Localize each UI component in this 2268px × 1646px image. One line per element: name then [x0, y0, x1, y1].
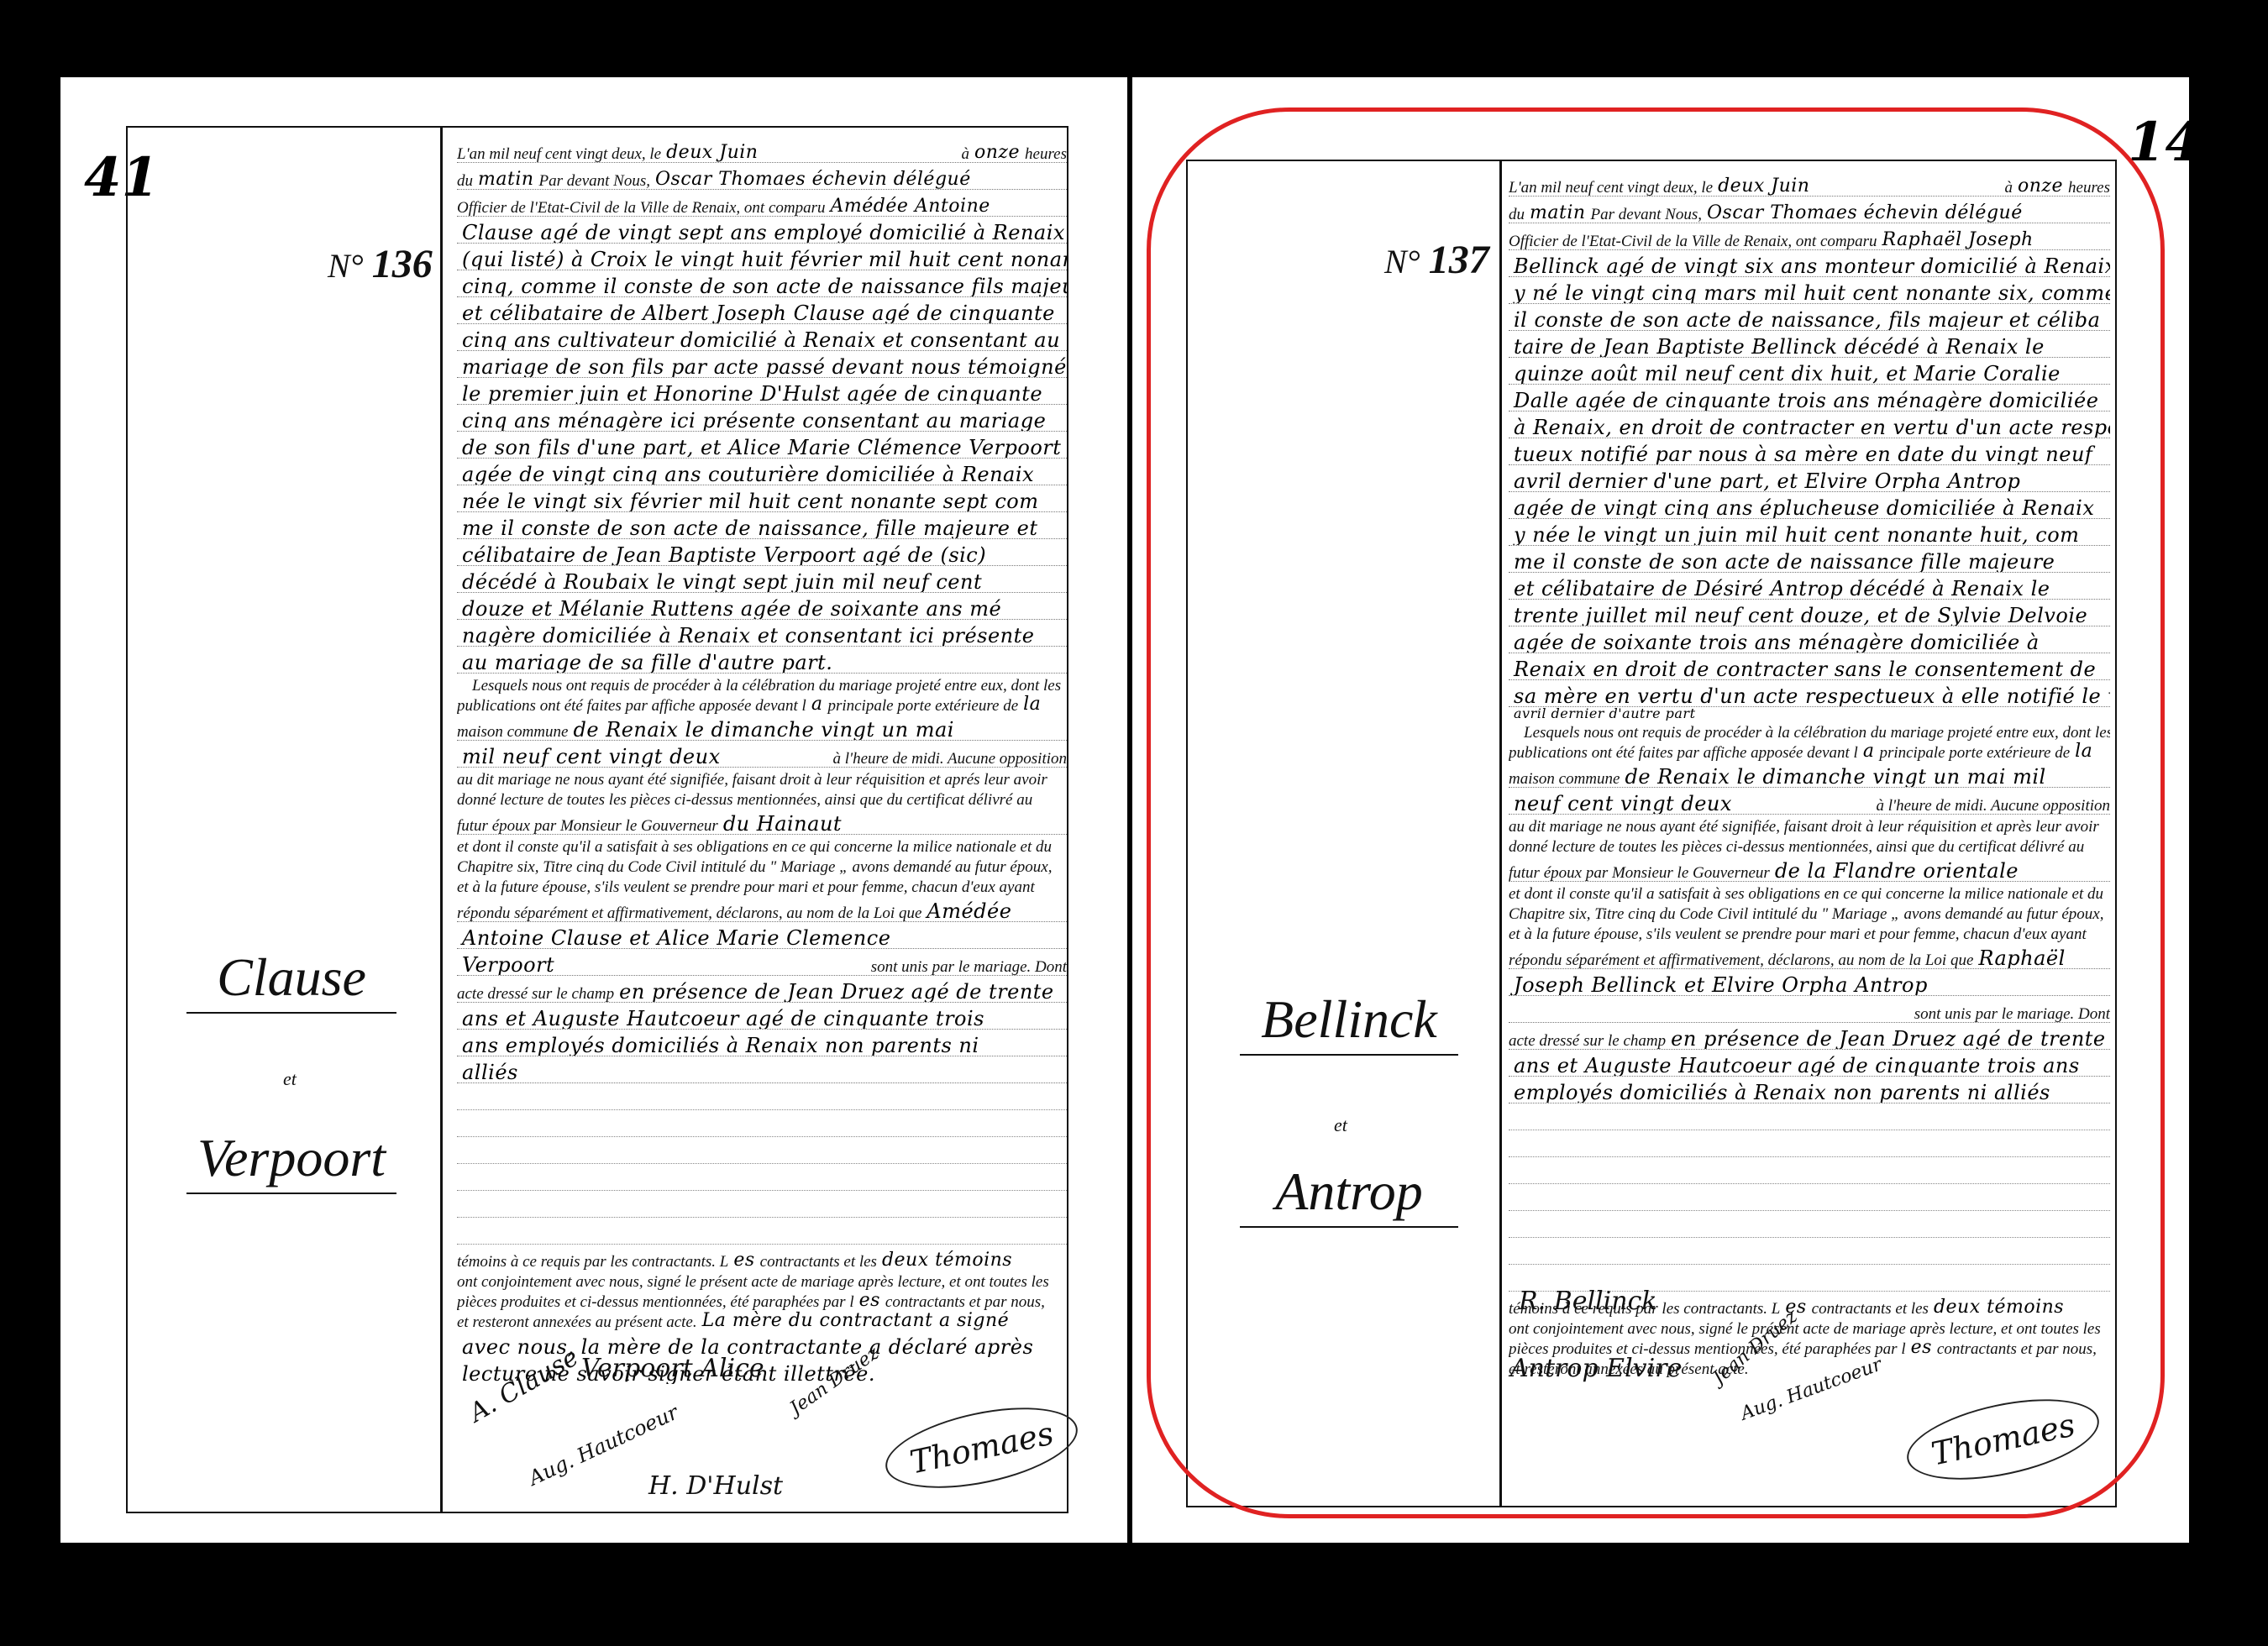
text-line: douze et Mélanie Ruttens agée de soixant…	[457, 593, 1067, 620]
blank-line	[457, 1110, 1067, 1137]
text-line: cinq ans cultivateur domicilié à Renaix …	[457, 324, 1067, 351]
left-page: 41 N°136 Clause et Verpoort L'an mil neu…	[60, 77, 1127, 1543]
text-line: et célibataire de Albert Joseph Clause a…	[457, 297, 1067, 324]
blank-line	[457, 1083, 1067, 1110]
acte-number: N°136	[328, 241, 433, 287]
signatures: A. Clause Verpoort Alice Jean Druez Aug.…	[464, 1354, 1068, 1522]
text-line: agée de vingt cinq ans couturière domici…	[457, 459, 1067, 485]
text-line: célibataire de Jean Baptiste Verpoort ag…	[457, 539, 1067, 566]
text-line: (qui listé) à Croix le vingt huit févrie…	[457, 244, 1067, 270]
text-line: Lesquels nous ont requis de procéder à l…	[457, 674, 1067, 694]
act-text: L'an mil neuf cent vingt deux, ledeux Ju…	[457, 136, 1067, 1384]
highlight-annotation	[1147, 107, 2165, 1518]
text-line: née le vingt six février mil huit cent n…	[457, 485, 1067, 512]
text-line: dumatinPar devant Nous,Oscar Thomaes éch…	[457, 163, 1067, 190]
text-line: le premier juin et Honorine D'Hulst agée…	[457, 378, 1067, 405]
text-line: L'an mil neuf cent vingt deux, ledeux Ju…	[457, 136, 1067, 163]
page-number-mark: 14	[2128, 111, 2202, 174]
text-line: maison communede Renaix le dimanche ving…	[457, 714, 1067, 741]
text-line: Chapitre six, Titre cinq du Code Civil i…	[457, 855, 1067, 875]
text-line: décédé à Roubaix le vingt sept juin mil …	[457, 566, 1067, 593]
text-line: publications ont été faites par affiche …	[457, 694, 1067, 714]
signature: H. D'Hulst	[648, 1471, 783, 1501]
text-line: cinq ans ménagère ici présente consentan…	[457, 405, 1067, 432]
text-line: ont conjointement avec nous, signé le pr…	[457, 1270, 1067, 1290]
text-line: alliés	[457, 1056, 1067, 1083]
text-line: donné lecture de toutes les pièces ci-de…	[457, 788, 1067, 808]
blank-line	[457, 1218, 1067, 1245]
signature-officer: Thomaes	[879, 1393, 1085, 1503]
text-line: et à la future épouse, s'ils veulent se …	[457, 875, 1067, 895]
text-line: Verpoortsont unis par le mariage. Dont	[457, 949, 1067, 976]
text-line: mariage de son fils par acte passé devan…	[457, 351, 1067, 378]
text-line: me il conste de son acte de naissance, f…	[457, 512, 1067, 539]
text-line: Antoine Clause et Alice Marie Clemence	[457, 922, 1067, 949]
margin-bride-surname: Verpoort	[186, 1127, 396, 1194]
text-line: et dont il conste qu'il a satisfait à se…	[457, 835, 1067, 855]
signature: Jean Druez	[786, 1343, 883, 1419]
text-line: et resteront annexées au présent acte.La…	[457, 1310, 1067, 1330]
text-line: futur époux par Monsieur le Gouverneurdu…	[457, 808, 1067, 835]
blank-line	[457, 1191, 1067, 1218]
text-line: répondu séparément et affirmativement, d…	[457, 895, 1067, 922]
text-line: cinq, comme il conste de son acte de nai…	[457, 270, 1067, 297]
text-line: nagère domiciliée à Renaix et consentant…	[457, 620, 1067, 647]
text-line: au dit mariage ne nous ayant été signifi…	[457, 768, 1067, 788]
signature: A. Clause	[465, 1342, 584, 1428]
text-line: témoins à ce requis par les contractants…	[457, 1250, 1067, 1270]
text-line: pièces produites et ci-dessus mentionnée…	[457, 1290, 1067, 1310]
signature: Verpoort Alice	[581, 1354, 764, 1383]
text-line: acte dressé sur le champen présence de J…	[457, 976, 1067, 1003]
blank-line	[457, 1164, 1067, 1191]
column-divider	[440, 128, 443, 1512]
text-line: Officier de l'Etat-Civil de la Ville de …	[457, 190, 1067, 217]
text-line: Clause agé de vingt sept ans employé dom…	[457, 217, 1067, 244]
text-line: ans et Auguste Hautcoeur agé de cinquant…	[457, 1003, 1067, 1030]
blank-line	[457, 1137, 1067, 1164]
text-line: au mariage de sa fille d'autre part.	[457, 647, 1067, 674]
acte-number-value: 136	[372, 242, 433, 286]
margin-groom-surname: Clause	[186, 946, 396, 1014]
text-line: ans employés domiciliés à Renaix non par…	[457, 1030, 1067, 1056]
text-line: de son fils d'une part, et Alice Marie C…	[457, 432, 1067, 459]
acte-number-label: N°	[328, 247, 364, 285]
text-line: mil neuf cent vingt deuxà l'heure de mid…	[457, 741, 1067, 768]
margin-et: et	[283, 1068, 297, 1090]
